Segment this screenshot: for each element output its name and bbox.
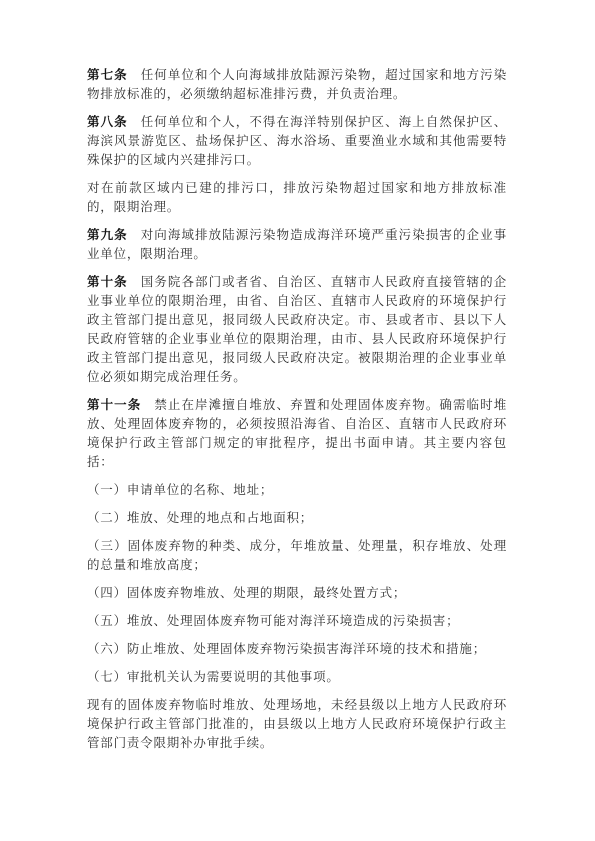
- article-number: 第十条: [87, 275, 128, 289]
- paragraph-text: （三）固体废弃物的种类、成分，年堆放量、处理量，积存堆放、处理的总量和堆放高度；: [87, 539, 507, 572]
- article-paragraph: 第九条对向海域排放陆源污染物造成海洋环境严重污染损害的企业事业单位，限期治理。: [87, 226, 507, 264]
- paragraph-text: 禁止在岸滩擅自堆放、弃置和处理固体废弃物。确需临时堆放、处理固体废弃物的，必须按…: [87, 398, 507, 469]
- document-body: 第七条任何单位和个人向海域排放陆源污染物，超过国家和地方污染物排放标准的，必须缴…: [87, 66, 507, 753]
- body-paragraph: （五）堆放、处理固体废弃物可能对海洋环境造成的污染损害；: [87, 612, 507, 631]
- article-number: 第十一条: [87, 398, 141, 412]
- paragraph-text: （六）防止堆放、处理固体废弃物污染损害海洋环境的技术和措施；: [87, 642, 486, 656]
- body-paragraph: （二）堆放、处理的地点和占地面积；: [87, 509, 507, 528]
- paragraph-text: 对在前款区域内已建的排污口，排放污染物超过国家和地方排放标准的，限期治理。: [87, 181, 507, 214]
- paragraph-text: （四）固体废弃物堆放、处理的期限，最终处置方式；: [87, 586, 406, 600]
- paragraph-text: 对向海域排放陆源污染物造成海洋环境严重污染损害的企业事业单位，限期治理。: [87, 228, 507, 261]
- paragraph-text: 现有的固体废弃物临时堆放、处理场地，未经县级以上地方人民政府环境保护行政主管部门…: [87, 698, 507, 750]
- paragraph-text: （五）堆放、处理固体废弃物可能对海洋环境造成的污染损害；: [87, 614, 459, 628]
- article-paragraph: 第七条任何单位和个人向海域排放陆源污染物，超过国家和地方污染物排放标准的，必须缴…: [87, 66, 507, 104]
- body-paragraph: （六）防止堆放、处理固体废弃物污染损害海洋环境的技术和措施；: [87, 640, 507, 659]
- body-paragraph: 现有的固体废弃物临时堆放、处理场地，未经县级以上地方人民政府环境保护行政主管部门…: [87, 696, 507, 753]
- article-paragraph: 第十一条禁止在岸滩擅自堆放、弃置和处理固体废弃物。确需临时堆放、处理固体废弃物的…: [87, 396, 507, 472]
- article-paragraph: 第十条国务院各部门或者省、自治区、直辖市人民政府直接管辖的企业事业单位的限期治理…: [87, 273, 507, 387]
- article-paragraph: 第八条任何单位和个人，不得在海洋特别保护区、海上自然保护区、海滨风景游览区、盐场…: [87, 113, 507, 170]
- article-number: 第八条: [87, 115, 128, 129]
- article-number: 第七条: [87, 68, 128, 82]
- article-number: 第九条: [87, 228, 128, 242]
- paragraph-text: （一）申请单位的名称、地址；: [87, 483, 273, 497]
- body-paragraph: （七）审批机关认为需要说明的其他事项。: [87, 668, 507, 687]
- paragraph-text: （七）审批机关认为需要说明的其他事项。: [87, 670, 340, 684]
- paragraph-text: 任何单位和个人，不得在海洋特别保护区、海上自然保护区、海滨风景游览区、盐场保护区…: [87, 115, 507, 167]
- paragraph-text: 任何单位和个人向海域排放陆源污染物，超过国家和地方污染物排放标准的，必须缴纳超标…: [87, 68, 507, 101]
- body-paragraph: （三）固体废弃物的种类、成分，年堆放量、处理量，积存堆放、处理的总量和堆放高度；: [87, 537, 507, 575]
- document-page: 第七条任何单位和个人向海域排放陆源污染物，超过国家和地方污染物排放标准的，必须缴…: [0, 0, 595, 841]
- paragraph-text: （二）堆放、处理的地点和占地面积；: [87, 511, 313, 525]
- body-paragraph: （一）申请单位的名称、地址；: [87, 481, 507, 500]
- body-paragraph: （四）固体废弃物堆放、处理的期限，最终处置方式；: [87, 584, 507, 603]
- paragraph-text: 国务院各部门或者省、自治区、直辖市人民政府直接管辖的企业事业单位的限期治理，由省…: [87, 275, 507, 384]
- body-paragraph: 对在前款区域内已建的排污口，排放污染物超过国家和地方排放标准的，限期治理。: [87, 179, 507, 217]
